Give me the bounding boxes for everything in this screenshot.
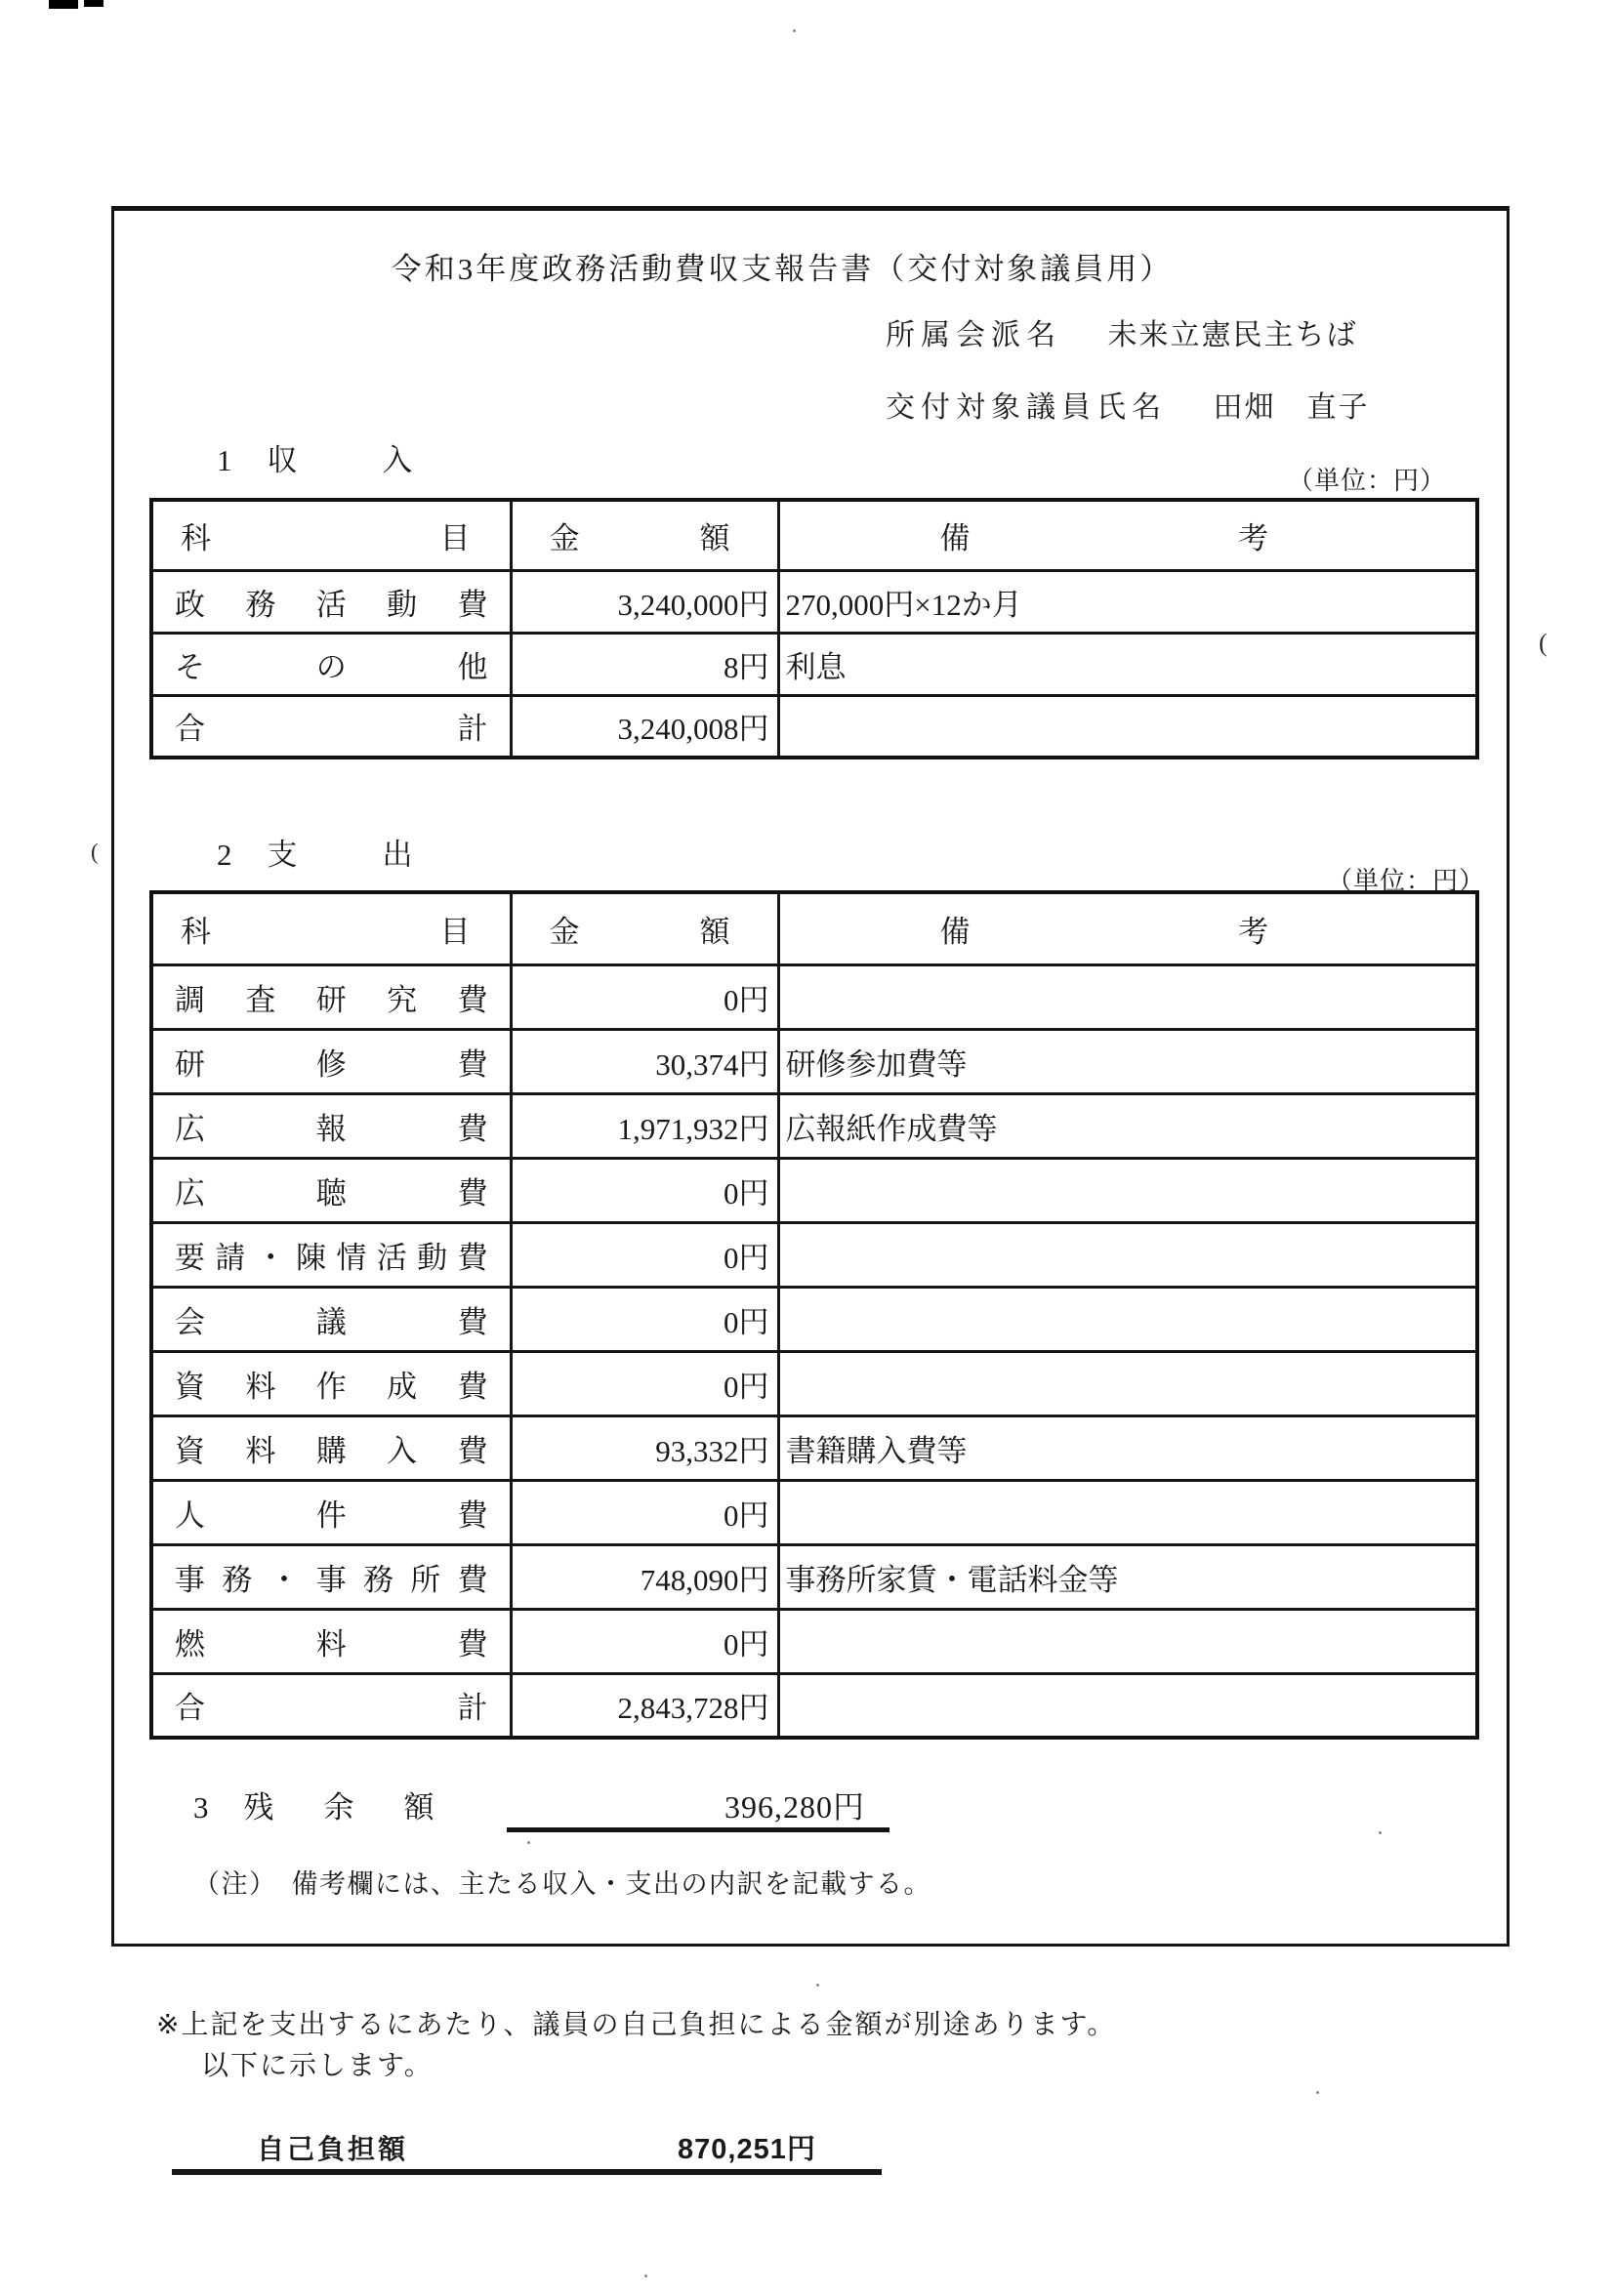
expense-section-number: 2: [217, 838, 232, 873]
item-cell: 合計: [151, 695, 511, 758]
note-cell: [778, 1351, 1477, 1415]
income-section-number: 1: [217, 443, 232, 478]
expense-table-row: 人件費 0円: [151, 1480, 1477, 1544]
amount-cell: 1,971,932円: [511, 1093, 778, 1158]
amount-cell: 0円: [511, 1480, 778, 1544]
amount-cell: 0円: [511, 1351, 778, 1415]
member-value: 田畑 直子: [1214, 391, 1370, 424]
expense-table-row: 事務・事務所費 748,090円 事務所家賃・電話料金等: [151, 1544, 1477, 1609]
expense-table-row: 研修費 30,374円 研修参加費等: [151, 1029, 1477, 1093]
amount-cell: 0円: [511, 1287, 778, 1351]
expense-section-heading: 2支 出: [217, 830, 440, 874]
expense-table-row: 要請・陳情活動費 0円: [151, 1222, 1477, 1287]
amount-cell: 748,090円: [511, 1544, 778, 1609]
note-cell: 事務所家賃・電話料金等: [778, 1544, 1477, 1609]
faction-label: 所属会派名: [886, 319, 1061, 351]
income-table: 科目 金額 備考 政務活動費 3,240,000円 270,000円×12か月 …: [149, 498, 1479, 759]
note-cell: 書籍購入費等: [778, 1415, 1477, 1480]
item-cell: 研修費: [151, 1029, 511, 1093]
member-label: 交付対象議員氏名: [886, 391, 1167, 424]
selfpay-remark-line1: ※上記を支出するにあたり、議員の自己負担による金額が別途あります。: [156, 2003, 1116, 2042]
income-unit-note: （単位：円）: [1288, 461, 1446, 497]
note-cell: [778, 1222, 1477, 1287]
item-cell: 合計: [151, 1673, 511, 1738]
expense-table-row: 燃料費 0円: [151, 1609, 1477, 1673]
footnote: （注） 備考欄には、主たる収入・支出の内訳を記載する。: [193, 1863, 931, 1901]
balance-underline: [507, 1827, 889, 1832]
balance-amount: 396,280円: [724, 1783, 865, 1827]
note-cell: [778, 964, 1477, 1029]
balance-section-title: 残 余 額: [244, 1790, 444, 1824]
item-cell: 政務活動費: [151, 570, 511, 633]
amount-cell: 93,332円: [511, 1415, 778, 1480]
scan-artifact: (: [91, 840, 99, 865]
amount-cell: 3,240,000円: [511, 570, 778, 633]
amount-cell: 0円: [511, 1158, 778, 1222]
report-page: ( ( 令和3年度政務活動費収支報告書（交付対象議員用） 所属会派名 未来立憲民…: [0, 0, 1613, 2296]
income-header-row: 科目 金額 備考: [151, 500, 1477, 570]
scan-artifact: [1316, 2091, 1319, 2094]
balance-section-heading: 3残 余 額: [193, 1783, 444, 1826]
income-section-heading: 1収 入: [217, 435, 440, 479]
expense-table-row: 広聴費 0円: [151, 1158, 1477, 1222]
expense-table-row: 広報費 1,971,932円 広報紙作成費等: [151, 1093, 1477, 1158]
selfpay-underline: [172, 2169, 882, 2175]
item-cell: 調査研究費: [151, 964, 511, 1029]
item-cell: 事務・事務所費: [151, 1544, 511, 1609]
expense-header-row: 科目 金額 備考: [151, 892, 1477, 964]
note-cell: [778, 1287, 1477, 1351]
income-table-row: 政務活動費 3,240,000円 270,000円×12か月: [151, 570, 1477, 633]
note-cell: 270,000円×12か月: [778, 570, 1477, 633]
income-table-row: その他 8円 利息: [151, 633, 1477, 695]
balance-section-number: 3: [193, 1790, 209, 1825]
amount-cell: 8円: [511, 633, 778, 695]
expense-table-row: 資料作成費 0円: [151, 1351, 1477, 1415]
scan-artifact: [793, 29, 796, 32]
note-cell: [778, 695, 1477, 758]
selfpay-remark-line2: 以下に示します。: [201, 2044, 434, 2083]
note-cell: 研修参加費等: [778, 1029, 1477, 1093]
expense-section-title: 支 出: [268, 838, 440, 872]
scan-artifact: [816, 1984, 819, 1987]
expense-col-item: 科目: [151, 892, 511, 964]
note-cell: 広報紙作成費等: [778, 1093, 1477, 1158]
expense-table-row: 資料購入費 93,332円 書籍購入費等: [151, 1415, 1477, 1480]
scan-artifact: [644, 2275, 647, 2277]
member-line: 交付対象議員氏名 田畑 直子: [886, 383, 1370, 426]
item-cell: 広聴費: [151, 1158, 511, 1222]
expense-table: 科目 金額 備考 調査研究費 0円 研修費 30,374円 研修参加費等: [149, 890, 1479, 1740]
item-cell: 要請・陳情活動費: [151, 1222, 511, 1287]
income-col-amount: 金額: [511, 500, 778, 570]
amount-cell: 3,240,008円: [511, 695, 778, 758]
amount-cell: 0円: [511, 1609, 778, 1673]
expense-table-row: 合計 2,843,728円: [151, 1673, 1477, 1738]
amount-cell: 30,374円: [511, 1029, 778, 1093]
faction-line: 所属会派名 未来立憲民主ちば: [886, 310, 1358, 353]
page-title: 令和3年度政務活動費収支報告書（交付対象議員用）: [83, 244, 1481, 288]
selfpay-amount: 870,251円: [678, 2127, 816, 2167]
expense-table-row: 調査研究費 0円: [151, 964, 1477, 1029]
selfpay-label: 自己負担額: [257, 2128, 408, 2167]
item-cell: 資料購入費: [151, 1415, 511, 1480]
expense-col-note: 備考: [778, 892, 1477, 964]
amount-cell: 2,843,728円: [511, 1673, 778, 1738]
item-cell: 人件費: [151, 1480, 511, 1544]
income-col-note: 備考: [778, 500, 1477, 570]
scan-artifact: (: [1539, 629, 1548, 658]
amount-cell: 0円: [511, 964, 778, 1029]
expense-table-row: 会議費 0円: [151, 1287, 1477, 1351]
item-cell: 広報費: [151, 1093, 511, 1158]
note-cell: [778, 1158, 1477, 1222]
scan-artifact: [49, 0, 78, 9]
note-cell: [778, 1673, 1477, 1738]
note-cell: [778, 1480, 1477, 1544]
item-cell: 燃料費: [151, 1609, 511, 1673]
item-cell: 資料作成費: [151, 1351, 511, 1415]
note-cell: [778, 1609, 1477, 1673]
income-section-title: 収 入: [268, 443, 440, 477]
faction-value: 未来立憲民主ちば: [1108, 319, 1358, 351]
scan-artifact: [84, 0, 103, 7]
item-cell: 会議費: [151, 1287, 511, 1351]
amount-cell: 0円: [511, 1222, 778, 1287]
income-table-row: 合計 3,240,008円: [151, 695, 1477, 758]
income-col-item: 科目: [151, 500, 511, 570]
item-cell: その他: [151, 633, 511, 695]
expense-col-amount: 金額: [511, 892, 778, 964]
note-cell: 利息: [778, 633, 1477, 695]
